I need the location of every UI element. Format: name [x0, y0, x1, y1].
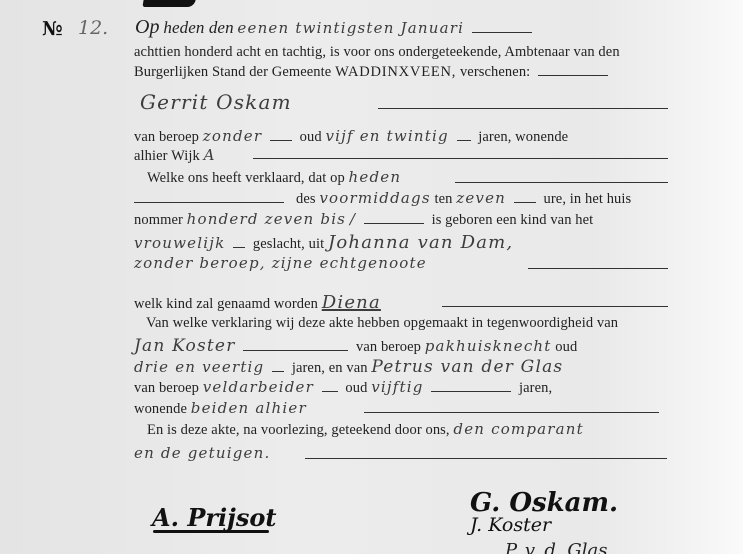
blank-rule — [455, 182, 668, 183]
blank-rule — [272, 370, 284, 372]
printed-ure-huis: ure, in het huis — [544, 191, 632, 207]
birth-hour: zeven — [456, 189, 506, 207]
witness1-occupation: pakhuisknecht — [425, 337, 552, 355]
printed-jaren: jaren, — [519, 380, 552, 396]
printed-van-beroep: van beroep — [356, 339, 421, 355]
line-wijk: alhier Wijk A — [134, 146, 216, 165]
printed-oud: oud — [345, 380, 367, 396]
line-year: achttien honderd acht en tachtig, is voo… — [134, 44, 620, 61]
record-number-label: № — [42, 18, 63, 40]
ink-mark — [142, 0, 195, 7]
printed-en-is-deze: En is deze akte, na voorlezing, geteeken… — [147, 422, 450, 438]
signature-underline — [153, 530, 269, 533]
blank-rule — [305, 458, 667, 459]
hand-date: eenen twintigsten Januari — [237, 19, 464, 37]
line-date-intro: Op heden den eenen twintigsten Januari — [135, 16, 536, 39]
municipality-name: WADDINXVEEN, — [335, 64, 456, 80]
printed-wonende: wonende — [134, 401, 187, 417]
line-residence: wonende beiden alhier — [134, 399, 307, 418]
printed-van-beroep: van beroep — [134, 129, 199, 145]
house-mark: / — [350, 210, 356, 228]
line-declared: Welke ons heeft verklaard, dat op heden — [147, 168, 401, 187]
signature-witness1: J. Koster — [470, 514, 551, 536]
line-sex-mother: vrouwelijk geslacht, uit Johanna van Dam… — [134, 232, 513, 253]
printed-welke-ons: Welke ons heeft verklaard, dat op — [147, 170, 345, 186]
printed-op: Op — [135, 16, 160, 38]
line-witnesses-intro: Van welke verklaring wij deze akte hebbe… — [146, 315, 618, 332]
signature-witness2: P. v. d. Glas — [505, 540, 607, 554]
printed-jaren-wonende: jaren, wonende — [478, 129, 568, 145]
declarant-name: Gerrit Oskam — [140, 90, 292, 114]
line-signing: En is deze akte, na voorlezing, geteeken… — [147, 420, 584, 439]
line-time: des voormiddags ten zeven ure, in het hu… — [296, 189, 631, 208]
blank-rule — [134, 202, 284, 203]
blank-rule — [472, 31, 532, 33]
signing-party: den comparant — [453, 420, 584, 438]
blank-rule — [514, 201, 536, 203]
printed-heden: heden den — [163, 18, 233, 37]
witness2-occupation: veldarbeider — [203, 378, 314, 396]
blank-rule — [528, 268, 668, 269]
blank-rule — [364, 222, 424, 224]
printed-ten: ten — [434, 191, 452, 207]
printed-alhier-wijk: alhier Wijk — [134, 148, 200, 164]
line-witness2: drie en veertig jaren, en van Petrus van… — [134, 357, 563, 377]
printed-geslacht-uit: geslacht, uit — [253, 236, 324, 252]
declarant-occupation: zonder — [203, 127, 262, 145]
line-house: nommer honderd zeven bis / is geboren ee… — [134, 210, 593, 229]
witness1-age: drie en veertig — [134, 358, 264, 376]
line-witness2-details: van beroep veldarbeider oud vijftig jare… — [134, 378, 552, 397]
witness2-name: Petrus van der Glas — [371, 357, 563, 377]
witnesses-residence: beiden alhier — [191, 399, 307, 417]
wijk-value: A — [204, 146, 216, 164]
printed-oud: oud — [555, 339, 577, 355]
printed-des: des — [296, 191, 316, 207]
signature-official: A. Prijsot — [152, 503, 276, 532]
blank-rule — [457, 139, 471, 141]
line-municipality: Burgerlijken Stand der Gemeente WADDINXV… — [134, 64, 612, 81]
blank-rule — [243, 349, 348, 351]
printed-welk-kind: welk kind zal genaamd worden — [134, 296, 318, 312]
blank-rule — [253, 158, 668, 159]
mother-name: Johanna van Dam, — [328, 232, 513, 253]
mother-description: zonder beroep, zijne echtgenoote — [134, 254, 427, 272]
blank-rule — [378, 108, 668, 109]
line-witness1: Jan Koster van beroep pakhuisknecht oud — [134, 336, 577, 356]
printed-geboren: is geboren een kind van het — [432, 212, 594, 228]
record-number: 12. — [78, 17, 108, 39]
blank-rule — [322, 390, 338, 392]
printed-nommer: nommer — [134, 212, 183, 228]
blank-rule — [364, 412, 659, 413]
house-number: honderd zeven bis — [187, 210, 346, 228]
blank-rule — [233, 246, 245, 248]
blank-rule — [431, 390, 511, 392]
line-child-name: welk kind zal genaamd worden Diena — [134, 292, 381, 313]
child-name: Diena — [322, 292, 381, 313]
printed-van-beroep: van beroep — [134, 380, 199, 396]
witness1-name: Jan Koster — [134, 336, 236, 356]
blank-rule — [270, 139, 292, 141]
declarant-age: vijf en twintig — [325, 127, 448, 145]
blank-rule — [442, 306, 668, 307]
line-occupation: van beroep zonder oud vijf en twintig ja… — [134, 127, 568, 146]
birth-date: heden — [349, 168, 402, 186]
birth-daypart: voormiddags — [319, 189, 430, 207]
signing-party-cont: en de getuigen. — [134, 444, 270, 462]
printed-jaren-en-van: jaren, en van — [292, 360, 368, 376]
blank-rule — [538, 74, 608, 76]
printed-oud: oud — [300, 129, 322, 145]
printed-burgerlijken: Burgerlijken Stand der Gemeente — [134, 64, 331, 80]
printed-verschenen: verschenen: — [460, 64, 530, 80]
child-sex: vrouwelijk — [134, 234, 225, 252]
witness2-age: vijftig — [371, 378, 423, 396]
